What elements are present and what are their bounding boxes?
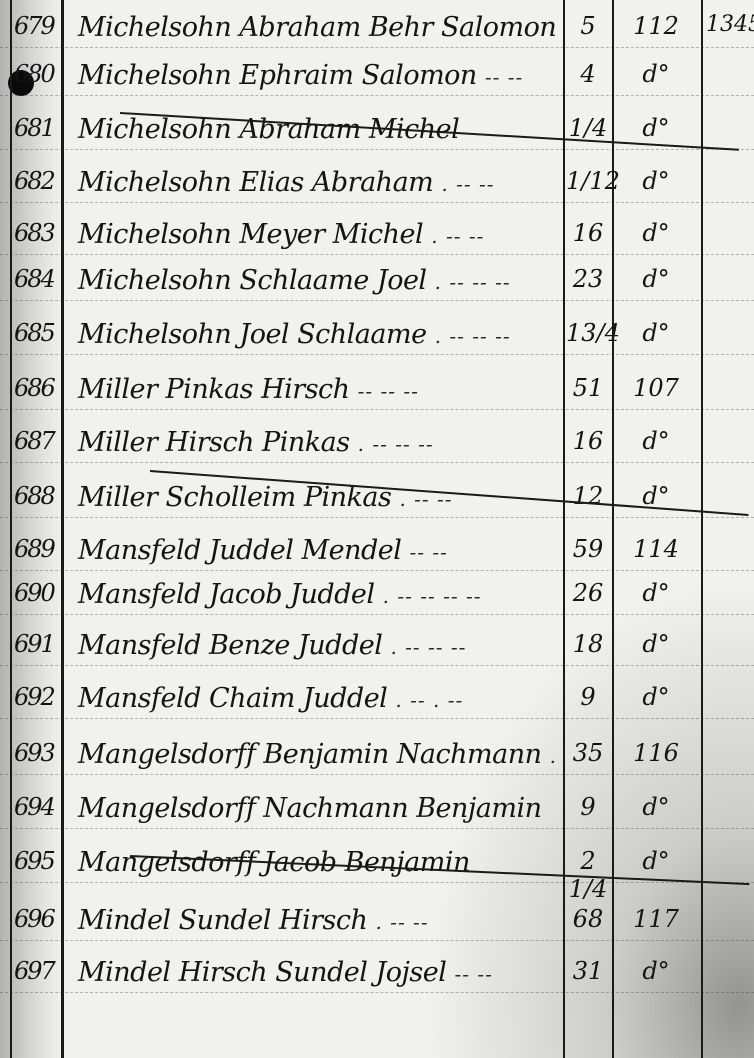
entry-number: 689 xyxy=(14,535,62,563)
entry-name: Mansfeld Jacob Juddel . -- -- -- -- xyxy=(78,579,558,610)
entry-age: 9 xyxy=(566,683,610,711)
entry-age: 4 xyxy=(566,60,610,88)
entry-ref: d° xyxy=(616,630,696,658)
entry-ref: 107 xyxy=(616,374,696,402)
entry-ref: 114 xyxy=(616,535,696,563)
entry-age: 16 xyxy=(566,427,610,455)
entry-age: 35 xyxy=(566,739,610,767)
entry-age: 16 xyxy=(566,219,610,247)
entry-name: Mansfeld Benze Juddel . -- -- -- xyxy=(78,630,558,661)
entry-ref: 116 xyxy=(616,739,696,767)
entry-number: 696 xyxy=(14,905,62,933)
entry-age: 59 xyxy=(566,535,610,563)
entry-name: Michelsohn Schlaame Joel . -- -- -- xyxy=(78,265,558,296)
entry-age: 5 xyxy=(566,12,610,40)
entry-number: 697 xyxy=(14,957,62,985)
entry-name: Michelsohn Meyer Michel . -- -- xyxy=(78,219,558,250)
register-row: 692 Mansfeld Chaim Juddel . -- . -- 9 d° xyxy=(0,683,754,733)
entry-number: 694 xyxy=(14,793,62,821)
entry-age: 31 xyxy=(566,957,610,985)
entry-age: 1/12 xyxy=(566,167,610,195)
entry-name: Miller Scholleim Pinkas . -- -- xyxy=(78,482,558,513)
register-row: 691 Mansfeld Benze Juddel . -- -- -- 18 … xyxy=(0,630,754,680)
entry-number: 684 xyxy=(14,265,62,293)
entry-name: Michelsohn Joel Schlaame . -- -- -- xyxy=(78,319,558,350)
entry-number: 679 xyxy=(14,12,62,40)
register-row: 682 Michelsohn Elias Abraham . -- -- 1/1… xyxy=(0,167,754,217)
register-row: 680 Michelsohn Ephraim Salomon -- -- 4 d… xyxy=(0,60,754,110)
entry-name: Michelsohn Ephraim Salomon -- -- xyxy=(78,60,558,91)
entry-ref: 112 xyxy=(616,12,696,40)
entry-age: 9 xyxy=(566,793,610,821)
entry-age: 68 xyxy=(566,905,610,933)
entry-name: Miller Pinkas Hirsch -- -- -- xyxy=(78,374,558,405)
entry-age: 51 xyxy=(566,374,610,402)
entry-name: Mansfeld Chaim Juddel . -- . -- xyxy=(78,683,558,714)
entry-page: 1345 xyxy=(706,12,752,37)
entry-ref: d° xyxy=(616,957,696,985)
entry-number: 681 xyxy=(14,114,62,142)
entry-ref: d° xyxy=(616,319,696,347)
entry-age: 13/4 xyxy=(566,319,610,347)
entry-number: 695 xyxy=(14,847,62,875)
register-row: 679 Michelsohn Abraham Behr Salomon 5 11… xyxy=(0,12,754,62)
register-row: 686 Miller Pinkas Hirsch -- -- -- 51 107 xyxy=(0,374,754,424)
register-page: 679 Michelsohn Abraham Behr Salomon 5 11… xyxy=(0,0,754,1058)
register-row: 685 Michelsohn Joel Schlaame . -- -- -- … xyxy=(0,319,754,369)
register-row: 693 Mangelsdorff Benjamin Nachmann . 35 … xyxy=(0,739,754,789)
entry-ref: d° xyxy=(616,265,696,293)
register-row: 684 Michelsohn Schlaame Joel . -- -- -- … xyxy=(0,265,754,315)
entry-name: Michelsohn Abraham Behr Salomon xyxy=(78,12,558,43)
entry-number: 693 xyxy=(14,739,62,767)
entry-ref: d° xyxy=(616,579,696,607)
entry-ref: d° xyxy=(616,60,696,88)
register-row: 689 Mansfeld Juddel Mendel -- -- 59 114 xyxy=(0,535,754,585)
entry-name: Michelsohn Elias Abraham . -- -- xyxy=(78,167,558,198)
entry-ref: d° xyxy=(616,167,696,195)
register-row: 695 Mangelsdorff Jacob Benjamin 2 1/4 d° xyxy=(0,847,754,897)
entry-ref: d° xyxy=(616,793,696,821)
register-row: 697 Mindel Hirsch Sundel Jojsel -- -- 31… xyxy=(0,957,754,1007)
register-row: 694 Mangelsdorff Nachmann Benjamin 9 d° xyxy=(0,793,754,843)
entry-number: 690 xyxy=(14,579,62,607)
entry-ref: 117 xyxy=(616,905,696,933)
entry-ref: d° xyxy=(616,114,696,142)
entry-number: 685 xyxy=(14,319,62,347)
entry-name: Mangelsdorff Benjamin Nachmann . xyxy=(78,739,558,770)
entry-number: 692 xyxy=(14,683,62,711)
register-row: 687 Miller Hirsch Pinkas . -- -- -- 16 d… xyxy=(0,427,754,477)
entry-number: 680 xyxy=(14,60,62,88)
register-row: 690 Mansfeld Jacob Juddel . -- -- -- -- … xyxy=(0,579,754,629)
entry-ref: d° xyxy=(616,427,696,455)
entry-number: 688 xyxy=(14,482,62,510)
entry-ref: d° xyxy=(616,683,696,711)
entry-age: 23 xyxy=(566,265,610,293)
entry-ref: d° xyxy=(616,847,696,875)
entry-name: Michelsohn Abraham Michel xyxy=(78,114,558,145)
entry-name: Mindel Sundel Hirsch . -- -- xyxy=(78,905,558,936)
entry-number: 686 xyxy=(14,374,62,402)
entry-name: Mindel Hirsch Sundel Jojsel -- -- xyxy=(78,957,558,988)
entry-name: Mangelsdorff Nachmann Benjamin xyxy=(78,793,558,824)
entry-age: 26 xyxy=(566,579,610,607)
register-row: 683 Michelsohn Meyer Michel . -- -- 16 d… xyxy=(0,219,754,269)
entry-ref: d° xyxy=(616,219,696,247)
entry-age: 1/4 xyxy=(566,114,610,142)
entry-age: 12 xyxy=(566,482,610,510)
register-row: 696 Mindel Sundel Hirsch . -- -- 68 117 xyxy=(0,905,754,955)
entry-name: Miller Hirsch Pinkas . -- -- -- xyxy=(78,427,558,458)
entry-age: 18 xyxy=(566,630,610,658)
entry-number: 683 xyxy=(14,219,62,247)
entry-name: Mangelsdorff Jacob Benjamin xyxy=(78,847,558,878)
entry-name: Mansfeld Juddel Mendel -- -- xyxy=(78,535,558,566)
entry-number: 691 xyxy=(14,630,62,658)
entry-number: 687 xyxy=(14,427,62,455)
entry-number: 682 xyxy=(14,167,62,195)
register-row: 681 Michelsohn Abraham Michel 1/4 d° xyxy=(0,114,754,164)
